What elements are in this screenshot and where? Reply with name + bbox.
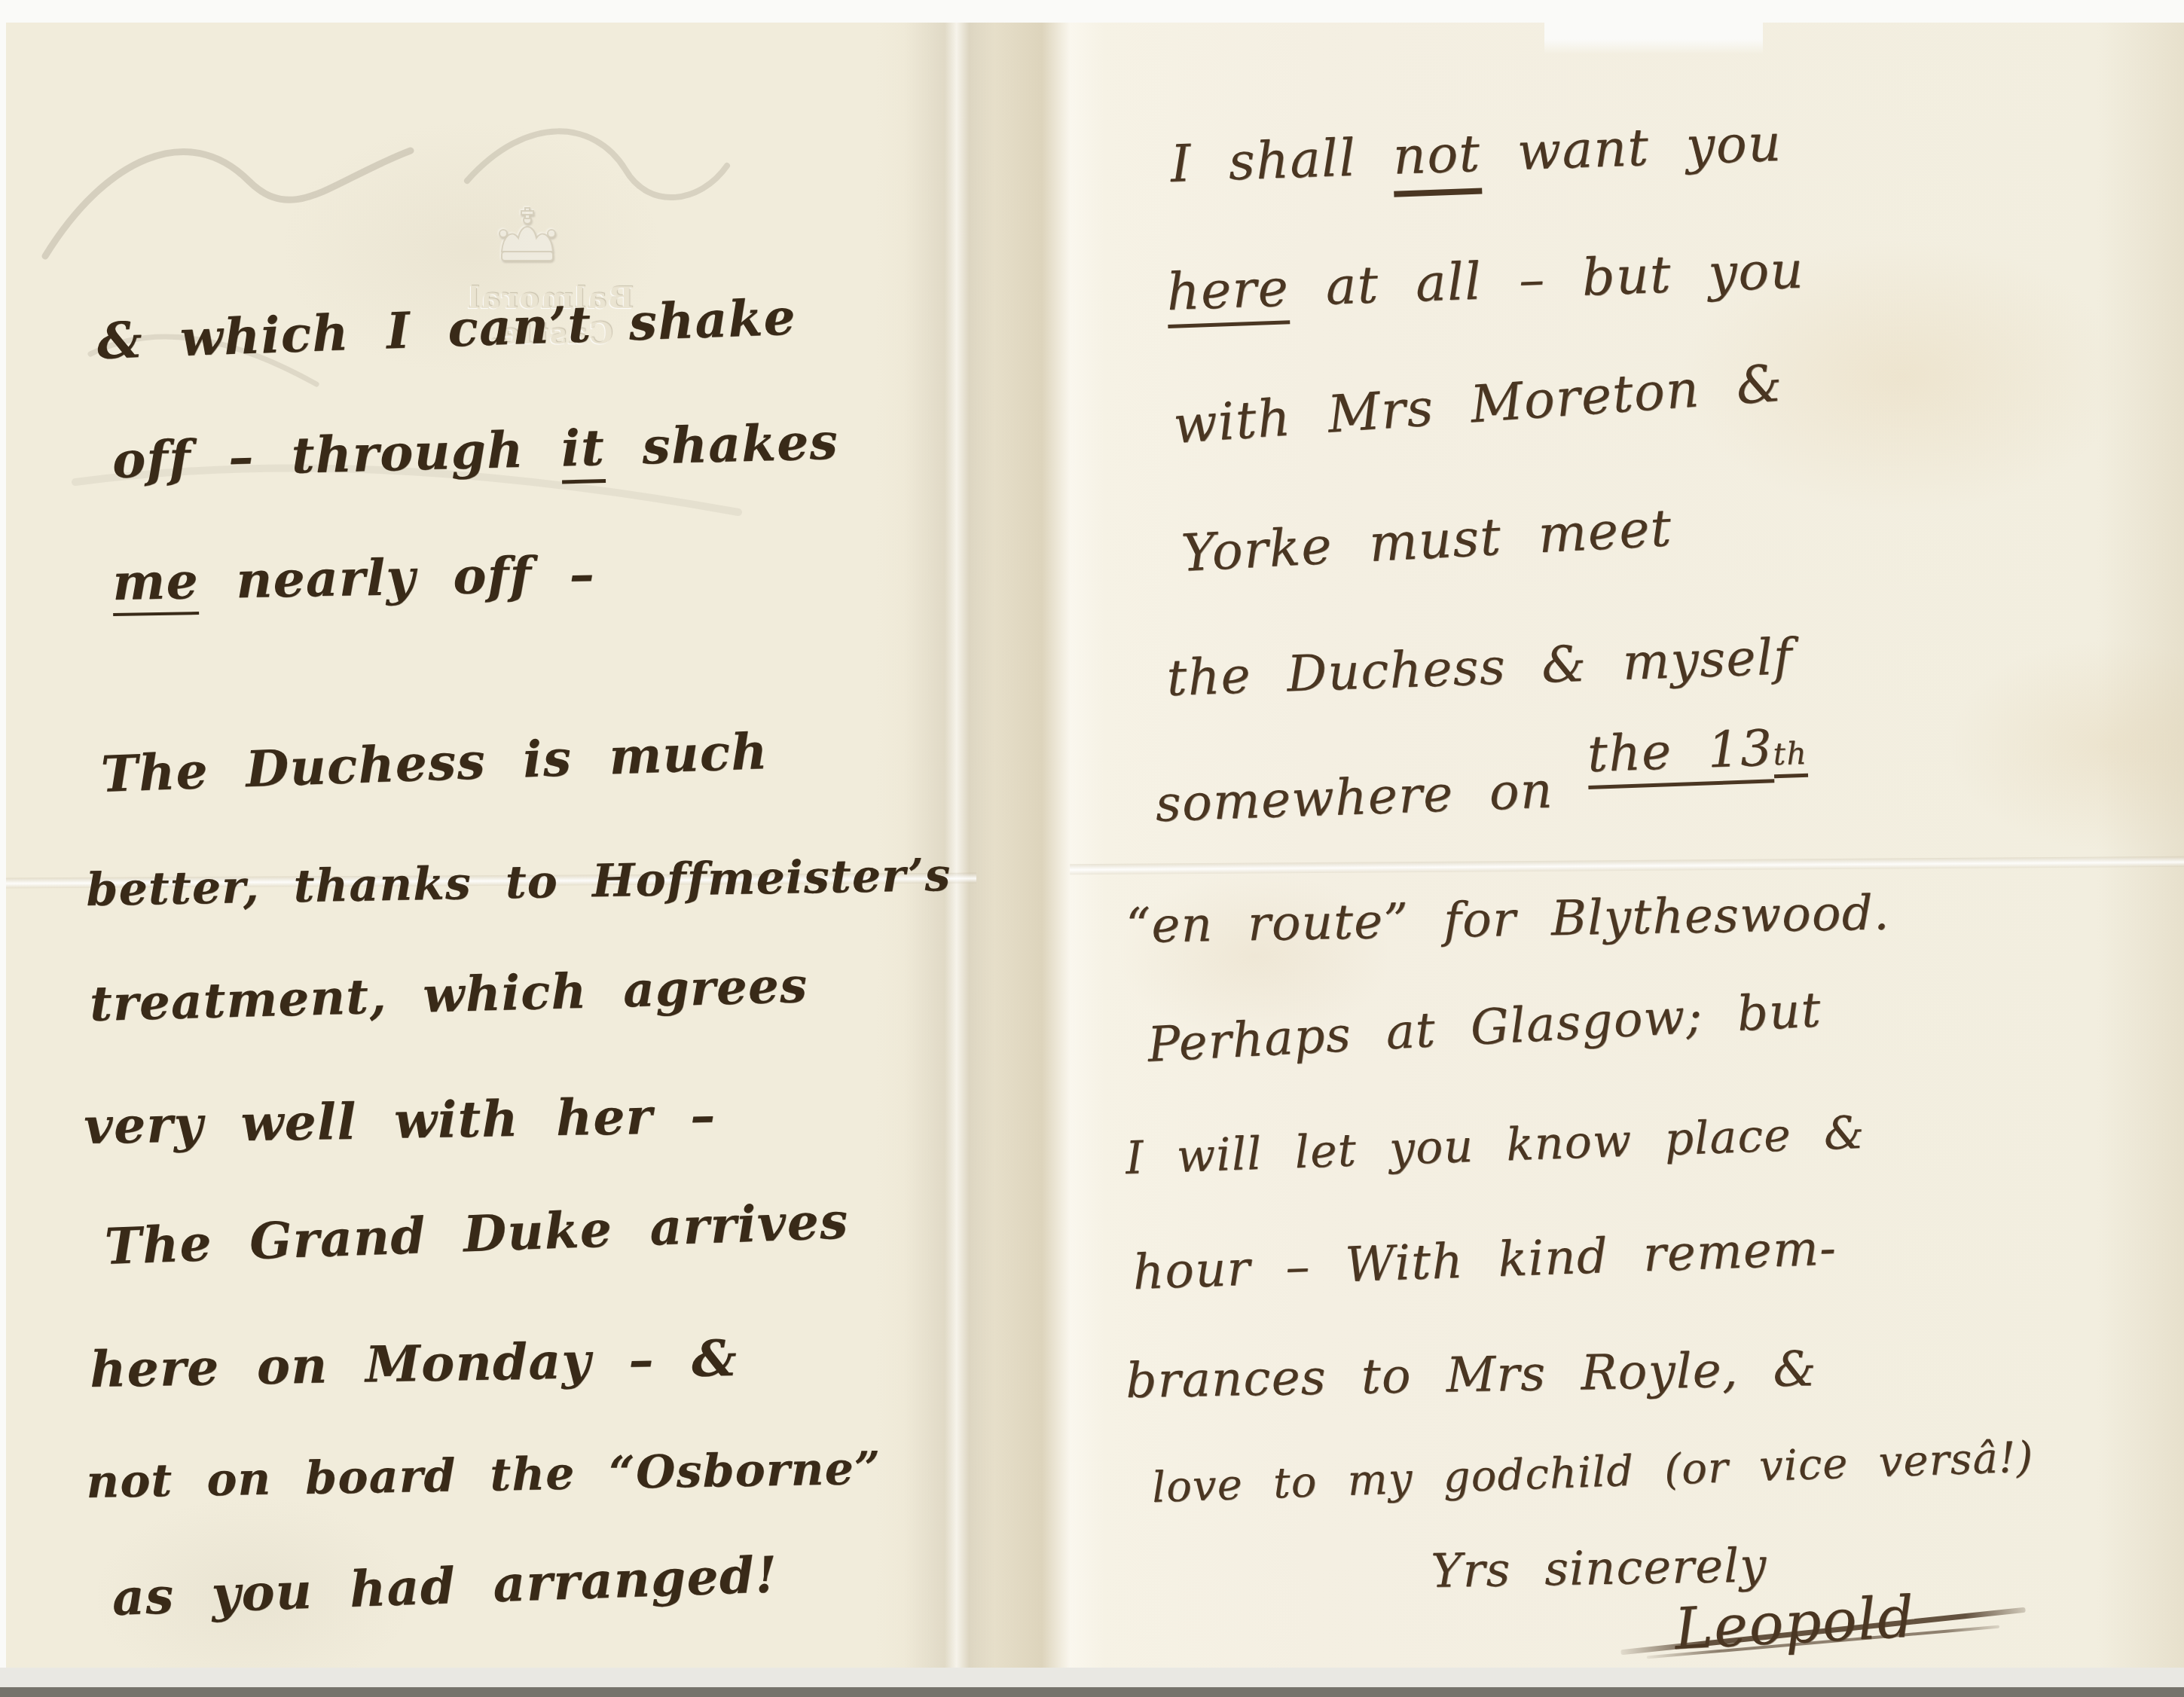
handwriting-text-underlined: it — [561, 418, 606, 484]
handwritten-line: “en route” for Blytheswood. — [1126, 889, 1890, 951]
scanner-background-left — [0, 23, 6, 1668]
signoff-line: Yrs sincerely — [1431, 1542, 1767, 1595]
handwritten-line: very well with her – — [84, 1090, 716, 1151]
handwriting-text: nearly off – — [198, 545, 595, 610]
handwritten-line: not on board the “Osborne” — [86, 1446, 881, 1505]
scanner-background-bottom — [0, 1668, 2184, 1687]
handwriting-text: off – through — [111, 419, 562, 490]
handwriting-text-underlined: the 13 — [1587, 719, 1774, 789]
handwriting-text-underlined: not — [1392, 124, 1482, 197]
handwriting-text: want you — [1480, 114, 1783, 184]
handwriting-text: shakes — [604, 412, 839, 477]
handwriting-text: very well with her – — [84, 1085, 716, 1155]
handwriting-text: here on Monday – & — [90, 1329, 738, 1399]
scanner-background-notch — [1544, 21, 1763, 54]
handwritten-line: me nearly off – — [112, 549, 596, 607]
raised-date-fragment: the 13th — [1587, 722, 1808, 780]
handwriting-text-underlined: me — [112, 551, 200, 616]
handwriting-text-superscript: th — [1773, 735, 1808, 779]
scanner-background-top — [0, 0, 2184, 23]
handwriting-text: I shall — [1169, 127, 1394, 194]
scanner-shadow-bottom — [0, 1687, 2184, 1697]
handwritten-line: brances to Mrs Royle, & — [1126, 1345, 1817, 1406]
handwriting-text: Yrs sincerely — [1431, 1537, 1767, 1598]
handwritten-line: here on Monday – & — [90, 1333, 738, 1394]
handwriting-text-underlined: here — [1165, 258, 1290, 328]
letter-scan: Balmoral Castle. & which I can’t shake o… — [0, 0, 2184, 1697]
crown-emblem-embossed — [488, 202, 567, 274]
